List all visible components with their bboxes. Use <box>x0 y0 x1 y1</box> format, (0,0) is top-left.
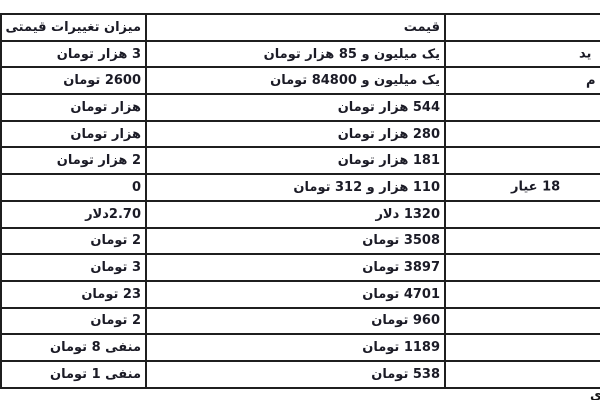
change-cell: 2 تومان <box>1 308 146 335</box>
price-cell: 4701 تومان <box>146 281 445 308</box>
corner-text-fragment: ی <box>590 388 600 400</box>
table-row: 2 هزار تومان181 هزار تومان <box>1 147 600 174</box>
change-cell: منفی 1 تومان <box>1 361 146 388</box>
page: { "colors": { "background": "#ffffff", "… <box>0 0 600 400</box>
item-cell: م <box>445 67 600 94</box>
change-cell: منفی 8 تومان <box>1 334 146 361</box>
table-row: 3 تومان3897 تومان <box>1 254 600 281</box>
item-cell <box>445 361 600 388</box>
item-cell <box>445 254 600 281</box>
change-cell: 2 هزار تومان <box>1 147 146 174</box>
price-cell: 181 هزار تومان <box>146 147 445 174</box>
table-row: 2 تومان3508 تومان <box>1 228 600 255</box>
price-cell: 538 تومان <box>146 361 445 388</box>
item-name-fragment: ید <box>579 47 591 62</box>
table-row: 0110 هزار و 312 تومان18 عیار <box>1 174 600 201</box>
price-cell: 544 هزار تومان <box>146 94 445 121</box>
price-cell: 280 هزار تومان <box>146 121 445 148</box>
price-cell: 1189 تومان <box>146 334 445 361</box>
change-cell: 2600 تومان <box>1 67 146 94</box>
table-row: منفی 8 تومان1189 تومان <box>1 334 600 361</box>
header-row: میزان تغییرات قیمتی قیمت <box>1 14 600 41</box>
price-cell: 1320 دلار <box>146 201 445 228</box>
price-cell: 960 تومان <box>146 308 445 335</box>
item-cell <box>445 308 600 335</box>
item-cell <box>445 334 600 361</box>
header-item <box>445 14 600 41</box>
change-cell: 3 هزار تومان <box>1 41 146 68</box>
price-table: میزان تغییرات قیمتی قیمت 3 هزار تومانیک … <box>0 13 600 389</box>
table-row: منفی 1 تومان538 تومان <box>1 361 600 388</box>
table-row: هزار تومان280 هزار تومان <box>1 121 600 148</box>
table-row: 2 تومان960 تومان <box>1 308 600 335</box>
item-cell: 18 عیار <box>445 174 600 201</box>
change-cell: 0 <box>1 174 146 201</box>
price-cell: 3508 تومان <box>146 228 445 255</box>
item-name-fragment: 18 عیار <box>511 180 560 195</box>
price-table-body: میزان تغییرات قیمتی قیمت 3 هزار تومانیک … <box>1 14 600 388</box>
item-cell <box>445 281 600 308</box>
item-cell <box>445 147 600 174</box>
change-cell: هزار تومان <box>1 121 146 148</box>
table-row: 23 تومان4701 تومان <box>1 281 600 308</box>
item-name-fragment: م <box>586 73 596 88</box>
price-cell: 3897 تومان <box>146 254 445 281</box>
change-cell: 23 تومان <box>1 281 146 308</box>
item-cell <box>445 201 600 228</box>
change-cell: هزار تومان <box>1 94 146 121</box>
price-cell: یک میلیون و 85 هزار تومان <box>146 41 445 68</box>
table-row: هزار تومان544 هزار تومان <box>1 94 600 121</box>
item-cell <box>445 228 600 255</box>
table-row: 2.70دلار1320 دلار <box>1 201 600 228</box>
item-cell <box>445 94 600 121</box>
item-cell: ید <box>445 41 600 68</box>
price-cell: 110 هزار و 312 تومان <box>146 174 445 201</box>
change-cell: 2.70دلار <box>1 201 146 228</box>
price-cell: یک میلیون و 84800 تومان <box>146 67 445 94</box>
header-price: قیمت <box>146 14 445 41</box>
table-row: 2600 تومانیک میلیون و 84800 تومانم <box>1 67 600 94</box>
change-cell: 2 تومان <box>1 228 146 255</box>
item-cell <box>445 121 600 148</box>
change-cell: 3 تومان <box>1 254 146 281</box>
table-row: 3 هزار تومانیک میلیون و 85 هزار تومانید <box>1 41 600 68</box>
header-change: میزان تغییرات قیمتی <box>1 14 146 41</box>
